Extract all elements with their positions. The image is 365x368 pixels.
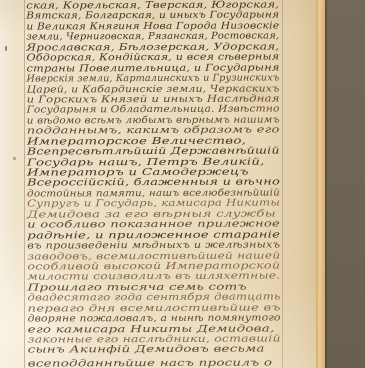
manuscript-photo: ская, Корельская, Тверская, Югорская,Вят… [0,0,365,368]
ink-speck [5,46,7,51]
ink-speck [13,157,16,160]
handwritten-text: ская, Корельская, Тверская, Югорская,Вят… [26,0,283,368]
left-margin-rule [24,0,25,368]
manuscript-line: сынъ Акинфій Демидовъ весьма [28,345,283,357]
manuscript-line: всеподданнѣйше насъ просилъ о [28,358,283,368]
page-edge [315,0,325,368]
manuscript-page: ская, Корельская, Тверская, Югорская,Вят… [0,0,316,368]
